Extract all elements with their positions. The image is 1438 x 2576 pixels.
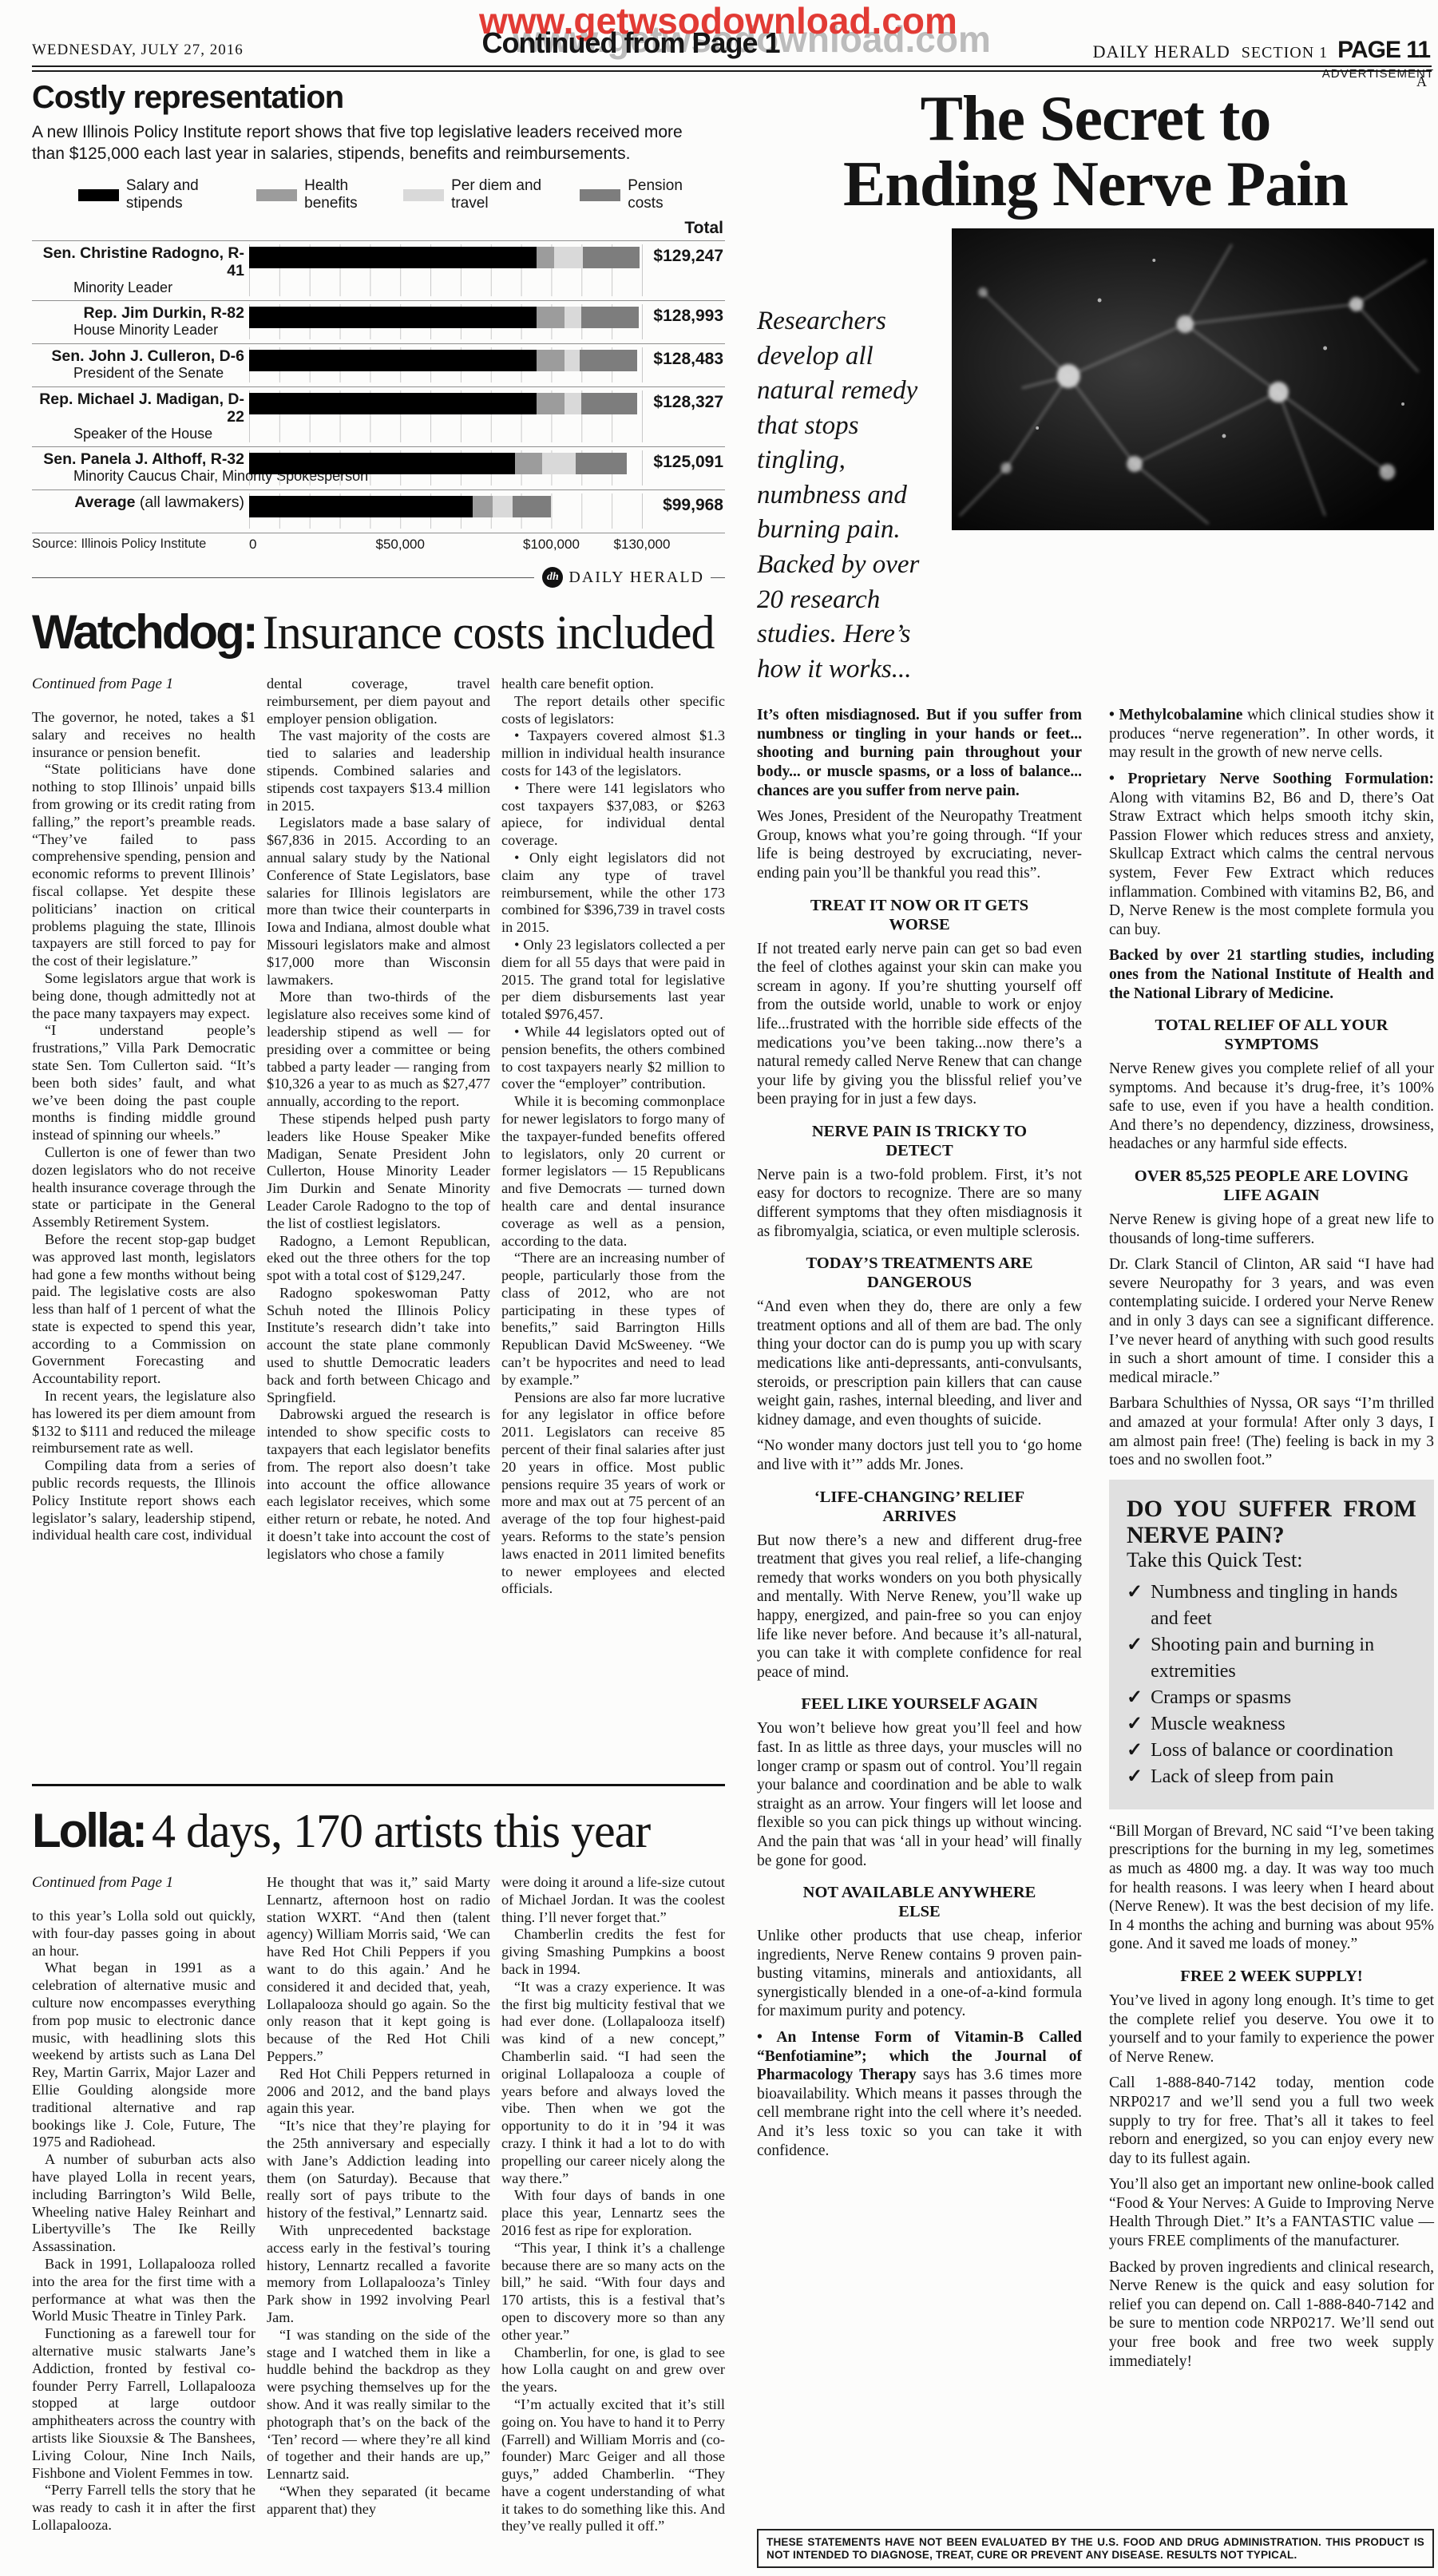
legend-swatch: [403, 189, 444, 201]
quick-test-subtitle: Take this Quick Test:: [1127, 1548, 1416, 1572]
bar-segment: [537, 247, 555, 268]
quick-test-list: ✓Numbness and tingling in hands and feet…: [1127, 1579, 1416, 1790]
article-paragraph: Legislators made a base salary of $67,83…: [267, 814, 490, 989]
legislator-name: Rep. Jim Durkin, R-82: [32, 304, 244, 322]
article-paragraph: “I’m actually excited that it’s still go…: [501, 2396, 725, 2535]
legislator-name: Sen. Panela J. Althoff, R-32: [32, 450, 244, 468]
article-paragraph: While it is becoming commonplace for new…: [501, 1093, 725, 1250]
bar-stack: [249, 393, 642, 414]
row-total: $129,247: [643, 244, 725, 268]
chart-bar-cell: [249, 390, 643, 442]
ad-paragraph: Call 1-888-840-7142 today, mention code …: [1109, 2074, 1434, 2168]
article-paragraph: “It’s nice that they’re playing for the …: [267, 2118, 490, 2222]
article-paragraph: These stipends helped push party leaders…: [267, 1111, 490, 1233]
ad-paragraph: “And even when they do, there are only a…: [757, 1298, 1082, 1429]
article-paragraph: “It was a crazy experience. It was the f…: [501, 1979, 725, 2188]
ad-top-row: Researchers develop all natural remedy t…: [757, 228, 1434, 687]
ad-section-heading: NOT AVAILABLE ANYWHERE ELSE: [781, 1883, 1058, 1921]
ad-paragraph: Unlike other products that use cheap, in…: [757, 1927, 1082, 2021]
newspaper-page: www.getwsodownload.com www.getwsodownloa…: [0, 0, 1438, 2576]
chart-credit: dh DAILY HERALD: [32, 567, 725, 588]
bar-segment: [473, 496, 493, 517]
chart-row-label: Sen. Christine Radogno, R-41Minority Lea…: [32, 244, 249, 296]
nerve-pain-advertisement: ADVERTISEMENT The Secret to Ending Nerve…: [757, 67, 1434, 2570]
article-paragraph: • There were 141 legislators who cost ta…: [501, 780, 725, 850]
chart-axis: Source: Illinois Policy Institute 0$50,0…: [32, 537, 725, 556]
section-label: SECTION 1: [1242, 44, 1328, 61]
quick-test-item-label: Lack of sleep from pain: [1151, 1764, 1333, 1790]
article-paragraph: Compiling data from a series of public r…: [32, 1457, 256, 1544]
quick-test-item: ✓Muscle weakness: [1127, 1711, 1416, 1738]
quick-test-item: ✓Lack of sleep from pain: [1127, 1764, 1416, 1790]
article-paragraph: “I understand people’s frustrations,” Vi…: [32, 1022, 256, 1144]
ad-section-heading: TREAT IT NOW OR IT GETS WORSE: [781, 896, 1058, 934]
quick-test-title: DO YOU SUFFER FROM NERVE PAIN?: [1127, 1496, 1416, 1548]
legend-swatch: [580, 189, 620, 201]
paragraph-list: health care benefit option.The report de…: [501, 676, 725, 1598]
article-paragraph: The vast majority of the costs are tied …: [267, 727, 490, 814]
article-paragraph: More than two-thirds of the legislature …: [267, 989, 490, 1111]
section-divider-rule: [32, 1784, 725, 1786]
article-paragraph: Cullerton is one of fewer than two dozen…: [32, 1144, 256, 1231]
nerve-cells-photo: [952, 228, 1434, 530]
bar-segment: [249, 496, 473, 517]
costly-representation-chart: Costly representation A new Illinois Pol…: [32, 81, 725, 588]
article-paragraph: The report details other specific costs …: [501, 693, 725, 728]
bar-stack: [249, 307, 642, 328]
advertisement-label: ADVERTISEMENT: [757, 67, 1434, 81]
credit-rule: [32, 577, 534, 578]
ad-paragraph: You won’t believe how great you’ll feel …: [757, 1719, 1082, 1870]
bar-segment: [565, 350, 580, 371]
row-total: $128,483: [643, 347, 725, 371]
continued-from-tag: Continued from Page 1: [32, 1874, 256, 1892]
axis-tick: 0: [249, 537, 256, 553]
quick-test-item-label: Shooting pain and burning in extremities: [1151, 1632, 1416, 1685]
ad-bullet-lead: • An Intense Form of Vitamin-B Called “B…: [757, 2029, 1082, 2083]
article-paragraph: “There are an increasing number of peopl…: [501, 1250, 725, 1389]
quick-test-item: ✓Shooting pain and burning in extremitie…: [1127, 1632, 1416, 1685]
legislator-role: Minority Leader: [32, 279, 244, 296]
axis-tick: $100,000: [523, 537, 580, 553]
paragraph-list: The governor, he noted, takes a $1 salar…: [32, 709, 256, 1544]
legislator-name: Sen. John J. Culleron, D-6: [32, 347, 244, 365]
legislator-name: Sen. Christine Radogno, R-41: [32, 244, 244, 279]
checkmark-icon: ✓: [1127, 1711, 1143, 1738]
article-paragraph: Before the recent stop-gap budget was ap…: [32, 1231, 256, 1388]
bar-segment: [249, 350, 537, 371]
legend-item: Pension costs: [580, 177, 720, 212]
article-paragraph: Radogno, a Lemont Republican, eked out t…: [267, 1233, 490, 1285]
ad-paragraph: Nerve pain is a two-fold problem. First,…: [757, 1166, 1082, 1241]
bar-segment: [576, 453, 628, 474]
chart-row: Average (all lawmakers)$99,968: [32, 489, 725, 533]
bar-segment: [513, 496, 551, 517]
ad-paragraph: You’ll also get an important new online-…: [1109, 2175, 1434, 2250]
ad-paragraph: If not treated early nerve pain can get …: [757, 940, 1082, 1109]
continued-from-tag: Continued from Page 1: [32, 676, 256, 693]
page-number: PAGE 11: [1337, 37, 1430, 63]
article-paragraph: Pensions are also far more lucrative for…: [501, 1389, 725, 1599]
quick-test-item: ✓Numbness and tingling in hands and feet: [1127, 1579, 1416, 1632]
chart-row: Rep. Jim Durkin, R-82House Minority Lead…: [32, 300, 725, 343]
article-paragraph: were doing it around a life-size cutout …: [501, 1874, 725, 1926]
chart-row-label: Rep. Michael J. Madigan, D-22Speaker of …: [32, 390, 249, 442]
article-paragraph: The governor, he noted, takes a $1 salar…: [32, 709, 256, 761]
bar-segment: [249, 247, 537, 268]
quick-test-item-label: Numbness and tingling in hands and feet: [1151, 1579, 1416, 1632]
bar-segment: [537, 307, 565, 328]
article-paragraph: He thought that was it,” said Marty Lenn…: [267, 1874, 490, 2066]
credit-rule: [711, 577, 725, 578]
chart-bar-cell: [249, 347, 643, 382]
row-total: $99,968: [643, 493, 725, 517]
bar-stack: [249, 350, 642, 371]
legend-item: Per diem and travel: [403, 177, 580, 212]
legislator-name: Average (all lawmakers): [32, 493, 244, 511]
ad-section-heading: TODAY’S TREATMENTS ARE DANGEROUS: [781, 1254, 1058, 1292]
article-paragraph: Functioning as a farewell tour for alter…: [32, 2325, 256, 2482]
credit-text: DAILY HERALD: [568, 569, 704, 587]
watchdog-headline: Watchdog: Insurance costs included: [32, 608, 725, 656]
bar-segment: [554, 247, 583, 268]
article-paragraph: • Only eight legislators did not claim a…: [501, 850, 725, 937]
legislator-name: Rep. Michael J. Madigan, D-22: [32, 390, 244, 426]
axis-tick: $50,000: [375, 537, 424, 553]
chart-row-label: Rep. Jim Durkin, R-82House Minority Lead…: [32, 304, 249, 339]
ad-section-heading: FEEL LIKE YOURSELF AGAIN: [781, 1694, 1058, 1714]
ad-paragraph: Nerve Renew gives you complete relief of…: [1109, 1060, 1434, 1154]
paragraph-list: were doing it around a life-size cutout …: [501, 1874, 725, 2535]
masthead-right: DAILY HERALD SECTION 1 PAGE 11: [1093, 37, 1430, 64]
bar-segment: [249, 453, 515, 474]
ad-headline-line1: The Secret to: [921, 84, 1271, 154]
ad-bullet-lead: • Methylcobalamine: [1109, 707, 1247, 723]
quick-test-box: DO YOU SUFFER FROM NERVE PAIN? Take this…: [1109, 1480, 1434, 1809]
chart-row-label: Average (all lawmakers): [32, 493, 249, 511]
ad-section-heading: ‘LIFE-CHANGING’ RELIEF ARRIVES: [781, 1488, 1058, 1526]
article-paragraph: With four days of bands in one place thi…: [501, 2187, 725, 2239]
chart-row: Sen. Panela J. Althoff, R-32Minority Cau…: [32, 446, 725, 489]
row-total: $128,993: [643, 304, 725, 328]
lolla-headline: Lolla: 4 days, 170 artists this year: [32, 1807, 725, 1855]
row-total: $128,327: [643, 390, 725, 414]
chart-bar-cell: [249, 450, 643, 485]
legend-label: Per diem and travel: [451, 177, 580, 212]
ad-paragraph: • Proprietary Nerve Soothing Formulation…: [1109, 770, 1434, 939]
bar-segment: [565, 307, 580, 328]
legend-swatch: [256, 189, 297, 201]
checkmark-icon: ✓: [1127, 1738, 1143, 1764]
ad-intro-text: Researchers develop all natural remedy t…: [757, 304, 939, 687]
bar-stack: [249, 453, 642, 474]
bar-segment: [565, 393, 581, 414]
article-paragraph: “I was standing on the side of the stage…: [267, 2327, 490, 2483]
ad-right-top-sections: • Methylcobalamine which clinical studie…: [1109, 706, 1434, 1470]
article-paragraph: Red Hot Chili Peppers returned in 2006 a…: [267, 2066, 490, 2118]
article-paragraph: In recent years, the legislature also ha…: [32, 1388, 256, 1457]
bar-segment: [581, 393, 636, 414]
ad-paragraph: “No wonder many doctors just tell you to…: [757, 1437, 1082, 1474]
axis-ticks: 0$50,000$100,000$130,000: [249, 537, 642, 556]
chart-legend: Salary and stipendsHealth benefitsPer di…: [78, 177, 720, 212]
quick-test-item-label: Muscle weakness: [1151, 1711, 1285, 1738]
masthead-date: WEDNESDAY, JULY 27, 2016: [32, 42, 244, 59]
chart-row: Rep. Michael J. Madigan, D-22Speaker of …: [32, 386, 725, 446]
chart-title: Costly representation: [32, 81, 725, 113]
article-paragraph: Radogno spokeswoman Patty Schuh noted th…: [267, 1285, 490, 1407]
ad-paragraph: Backed by over 21 startling studies, inc…: [1109, 946, 1434, 1003]
article-paragraph: dental coverage, travel reimbursement, p…: [267, 676, 490, 727]
lolla-kicker: Lolla:: [32, 1804, 145, 1857]
ad-section-heading: NERVE PAIN IS TRICKY TO DETECT: [781, 1122, 1058, 1160]
article-paragraph: Chamberlin credits the fest for giving S…: [501, 1926, 725, 1978]
legend-item: Salary and stipends: [78, 177, 256, 212]
watchdog-column-2: dental coverage, travel reimbursement, p…: [267, 676, 490, 1762]
checkmark-icon: ✓: [1127, 1632, 1143, 1685]
ad-paragraph: It’s often misdiagnosed. But if you suff…: [757, 706, 1082, 800]
lolla-column-3: were doing it around a life-size cutout …: [501, 1874, 725, 2535]
article-paragraph: • While 44 legislators opted out of pens…: [501, 1024, 725, 1093]
chart-row: Sen. Christine Radogno, R-41Minority Lea…: [32, 240, 725, 300]
chart-source: Source: Illinois Policy Institute: [32, 537, 249, 556]
article-paragraph: • Only 23 legislators collected a per di…: [501, 937, 725, 1024]
watchdog-column-3: health care benefit option.The report de…: [501, 676, 725, 1762]
lolla-headline-text: 4 days, 170 artists this year: [152, 1805, 650, 1857]
lolla-column-1: Continued from Page 1 to this year’s Lol…: [32, 1874, 256, 2535]
chart-bar-cell: [249, 244, 643, 296]
checkmark-icon: ✓: [1127, 1764, 1143, 1790]
article-paragraph: What began in 1991 as a celebration of a…: [32, 1960, 256, 2151]
ad-column-left: It’s often misdiagnosed. But if you suff…: [757, 706, 1082, 2378]
bar-segment: [580, 350, 637, 371]
bar-segment: [249, 393, 537, 414]
axis-tick: $130,000: [614, 537, 671, 553]
ad-body-columns: It’s often misdiagnosed. But if you suff…: [757, 706, 1434, 2378]
paper-name: DAILY HERALD: [1093, 42, 1230, 61]
chart-row-label: Sen. Panela J. Althoff, R-32Minority Cau…: [32, 450, 249, 485]
ad-section-heading: TOTAL RELIEF OF ALL YOUR SYMPTOMS: [1133, 1016, 1410, 1054]
ad-paragraph: • An Intense Form of Vitamin-B Called “B…: [757, 2028, 1082, 2160]
article-paragraph: Chamberlin, for one, is glad to see how …: [501, 2344, 725, 2396]
quick-test-item-label: Cramps or spasms: [1151, 1685, 1291, 1711]
legend-label: Pension costs: [628, 177, 720, 212]
ad-paragraph: Wes Jones, President of the Neuropathy T…: [757, 807, 1082, 882]
legend-item: Health benefits: [256, 177, 403, 212]
article-paragraph: “When they separated (it became apparent…: [267, 2483, 490, 2519]
bar-segment: [542, 453, 576, 474]
checkmark-icon: ✓: [1127, 1685, 1143, 1711]
bar-segment: [583, 247, 640, 268]
paragraph-list: dental coverage, travel reimbursement, p…: [267, 676, 490, 1563]
lolla-column-2: He thought that was it,” said Marty Lenn…: [267, 1874, 490, 2535]
article-paragraph: “State politicians have done nothing to …: [32, 761, 256, 970]
continued-from-page-banner: Continued from Page 1: [415, 29, 846, 57]
quick-test-item-label: Loss of balance or coordination: [1151, 1738, 1393, 1764]
article-paragraph: “This year, I think it’s a challenge bec…: [501, 2240, 725, 2344]
quick-test-item: ✓Loss of balance or coordination: [1127, 1738, 1416, 1764]
ad-paragraph: Barbara Schulthies of Nyssa, OR says “I’…: [1109, 1394, 1434, 1469]
lolla-columns: Continued from Page 1 to this year’s Lol…: [32, 1874, 725, 2535]
article-paragraph: • Taxpayers covered almost $1.3 million …: [501, 727, 725, 779]
paragraph-list: to this year’s Lolla sold out quickly, w…: [32, 1908, 256, 2534]
bar-segment: [249, 307, 537, 328]
ad-paragraph: You’ve lived in agony long enough. It’s …: [1109, 1991, 1434, 2067]
ad-right-bottom-sections: “Bill Morgan of Brevard, NC said “I’ve b…: [1109, 1822, 1434, 2371]
bar-segment: [537, 393, 565, 414]
ad-section-heading: FREE 2 WEEK SUPPLY!: [1133, 1967, 1410, 1986]
daily-herald-logo-icon: dh: [542, 567, 563, 588]
article-paragraph: With unprecedented backstage access earl…: [267, 2222, 490, 2327]
article-paragraph: Back in 1991, Lollapalooza rolled into t…: [32, 2256, 256, 2325]
chart-subtitle: A new Illinois Policy Institute report s…: [32, 121, 703, 164]
chart-bar-cell: [249, 493, 643, 529]
watchdog-headline-text: Insurance costs included: [263, 606, 715, 659]
article-paragraph: “Perry Farrell tells the story that he w…: [32, 2482, 256, 2534]
chart-row: Sen. John J. Culleron, D-6President of t…: [32, 343, 725, 386]
bar-segment: [581, 307, 640, 328]
chart-row-label: Sen. John J. Culleron, D-6President of t…: [32, 347, 249, 382]
legend-label: Salary and stipends: [126, 177, 256, 212]
ad-paragraph: But now there’s a new and different drug…: [757, 1532, 1082, 1682]
watchdog-column-1: Continued from Page 1 The governor, he n…: [32, 676, 256, 1762]
ad-bullet-lead: • Proprietary Nerve Soothing Formulation…: [1109, 771, 1434, 787]
legislator-role: Speaker of the House: [32, 426, 244, 442]
article-paragraph: to this year’s Lolla sold out quickly, w…: [32, 1908, 256, 1960]
ad-disclaimer: THESE STATEMENTS HAVE NOT BEEN EVALUATED…: [757, 2529, 1434, 2568]
bar-segment: [493, 496, 513, 517]
ad-section-heading: OVER 85,525 PEOPLE ARE LOVING LIFE AGAIN: [1133, 1167, 1410, 1205]
legend-swatch: [78, 189, 119, 201]
watchdog-columns: Continued from Page 1 The governor, he n…: [32, 676, 725, 1762]
bar-segment: [537, 350, 565, 371]
total-column-header: Total: [34, 219, 723, 238]
ad-headline: The Secret to Ending Nerve Pain: [757, 87, 1434, 217]
legislator-role: Minority Caucus Chair, Minority Spokespe…: [32, 468, 244, 485]
row-total: $125,091: [643, 450, 725, 474]
article-paragraph: health care benefit option.: [501, 676, 725, 693]
paragraph-list: He thought that was it,” said Marty Lenn…: [267, 1874, 490, 2518]
legislator-role: President of the Senate: [32, 365, 244, 382]
checkmark-icon: ✓: [1127, 1579, 1143, 1632]
article-paragraph: Dabrowski argued the research is intende…: [267, 1406, 490, 1563]
ad-paragraph: Nerve Renew is giving hope of a great ne…: [1109, 1211, 1434, 1248]
ad-paragraph: • Methylcobalamine which clinical studie…: [1109, 706, 1434, 763]
bar-stack: [249, 247, 642, 268]
legend-label: Health benefits: [304, 177, 403, 212]
quick-test-item: ✓Cramps or spasms: [1127, 1685, 1416, 1711]
bar-stack: [249, 496, 642, 517]
legislator-role: House Minority Leader: [32, 322, 244, 339]
ad-column-right: • Methylcobalamine which clinical studie…: [1109, 706, 1434, 2378]
news-region: Costly representation A new Illinois Pol…: [32, 81, 725, 2535]
article-paragraph: A number of suburban acts also have play…: [32, 2151, 256, 2256]
chart-rows: Sen. Christine Radogno, R-41Minority Lea…: [32, 240, 725, 533]
ad-paragraph: Dr. Clark Stancil of Clinton, AR said “I…: [1109, 1255, 1434, 1387]
legislator-role: (all lawmakers): [135, 493, 244, 511]
ad-headline-line2: Ending Nerve Pain: [843, 149, 1348, 220]
article-paragraph: Some legislators argue that work is bein…: [32, 970, 256, 1022]
watchdog-kicker: Watchdog:: [32, 605, 256, 659]
ad-paragraph: “Bill Morgan of Brevard, NC said “I’ve b…: [1109, 1822, 1434, 1954]
chart-bar-cell: [249, 304, 643, 339]
ad-paragraph: Backed by proven ingredients and clinica…: [1109, 2258, 1434, 2372]
bar-segment: [515, 453, 542, 474]
